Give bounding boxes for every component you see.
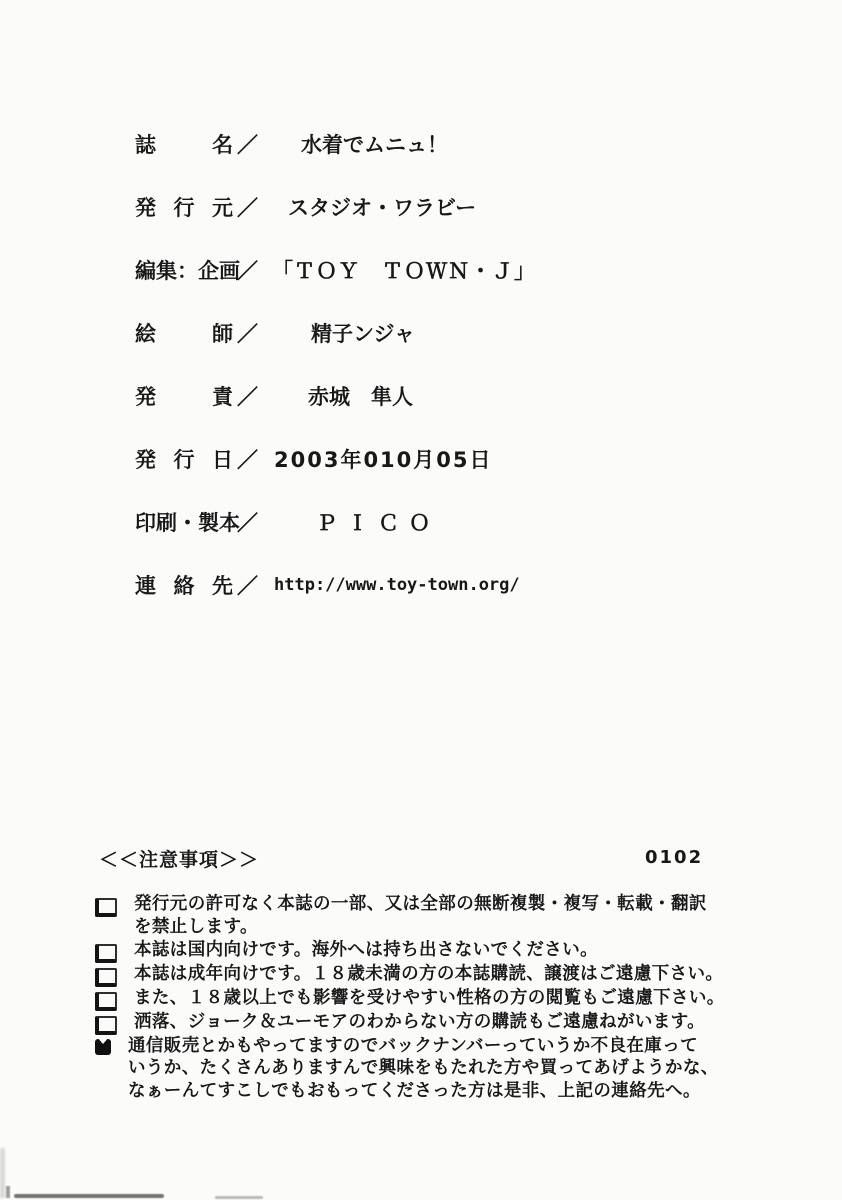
notice-line: 発行元の許可なく本誌の一部、又は全部の無断複製・複写・転載・翻訳 <box>134 893 707 916</box>
colophon-block: 誌名 ／ 水着でムニュ！ 発行元 ／ スタジオ・ワラビー 編集：企画 ／ 「ＴＯ… <box>135 112 536 616</box>
colophon-row-value: ＰＩＣＯ <box>316 507 440 537</box>
colophon-row-label: 発行日 <box>135 444 233 474</box>
colophon-row-value: 赤城 隼人 <box>308 381 413 411</box>
notice-item: 通信販売とかもやってますのでバックナンバーっていうか不良在庫って いうか、たくさ… <box>95 1035 755 1103</box>
colophon-row: 発行元 ／ スタジオ・ワラビー <box>135 175 536 238</box>
scanned-colophon-page: 誌名 ／ 水着でムニュ！ 発行元 ／ スタジオ・ワラビー 編集：企画 ／ 「ＴＯ… <box>0 0 842 1200</box>
scan-smudge <box>14 1194 164 1198</box>
notice-text: 本誌は国内向けです。海外へは持ち出さないでください。 <box>134 939 598 962</box>
colophon-row: 絵師 ／ 精子ンジャ <box>135 301 536 364</box>
open-box-icon <box>95 968 117 987</box>
notice-text: 本誌は成年向けです。１８歳未満の方の本誌購読、譲渡はご遠慮下さい。 <box>134 963 723 986</box>
colophon-row-value: スタジオ・ワラビー <box>288 192 476 222</box>
notice-item: 本誌は国内向けです。海外へは持ち出さないでください。 <box>95 939 755 963</box>
notice-item: 発行元の許可なく本誌の一部、又は全部の無断複製・複写・転載・翻訳 を禁止します。 <box>95 893 755 939</box>
colophon-row: 印刷・製本 ／ ＰＩＣＯ <box>135 490 536 553</box>
notice-item: 本誌は成年向けです。１８歳未満の方の本誌購読、譲渡はご遠慮下さい。 <box>95 963 755 987</box>
colophon-row-value: 「ＴＯＹ ＴＯＷＮ・Ｊ」 <box>272 255 536 285</box>
notice-line: また、１８歳以上でも影響を受けやすい性格の方の閲覧もご遠慮下さい。 <box>134 987 725 1010</box>
slash-separator: ／ <box>237 255 258 285</box>
colophon-row: 発責 ／ 赤城 隼人 <box>135 364 536 427</box>
slash-separator: ／ <box>237 192 258 222</box>
notice-line: を禁止します。 <box>134 916 707 939</box>
notice-line: いうか、たくさんありますんで興味をもたれた方や買ってあげようかな、 <box>128 1057 719 1080</box>
colophon-row: 編集：企画 ／ 「ＴＯＹ ＴＯＷＮ・Ｊ」 <box>135 238 536 301</box>
colophon-row-value: 精子ンジャ <box>311 318 415 348</box>
open-box-icon <box>95 992 117 1011</box>
colophon-row-label: 絵師 <box>135 318 233 348</box>
colophon-row: 連絡先 ／ http://www.toy-town.org/ <box>135 553 536 616</box>
notice-text: また、１８歳以上でも影響を受けやすい性格の方の閲覧もご遠慮下さい。 <box>134 987 725 1010</box>
colophon-row: 誌名 ／ 水着でムニュ！ <box>135 112 536 175</box>
notice-line: 通信販売とかもやってますのでバックナンバーっていうか不良在庫って <box>128 1035 719 1058</box>
colophon-row-label: 編集：企画 <box>135 255 233 285</box>
colophon-row-value: 水着でムニュ！ <box>301 129 448 159</box>
open-box-icon <box>95 898 117 917</box>
colophon-row-label: 発責 <box>135 381 233 411</box>
slash-separator: ／ <box>237 570 258 600</box>
notice-item: また、１８歳以上でも影響を受けやすい性格の方の閲覧もご遠慮下さい。 <box>95 987 755 1011</box>
colophon-row-value: 2003年010月05日 <box>274 444 493 474</box>
slash-separator: ／ <box>237 381 258 411</box>
open-box-icon <box>95 944 117 963</box>
notes-section-title: ＜＜注意事項＞＞ <box>99 845 259 872</box>
scan-smudge <box>215 1196 263 1199</box>
notice-line: 本誌は成年向けです。１８歳未満の方の本誌購読、譲渡はご遠慮下さい。 <box>134 963 723 986</box>
colophon-row-label: 印刷・製本 <box>135 507 233 537</box>
notice-item: 洒落、ジョーク＆ユーモアのわからない方の購読もご遠慮ねがいます。 <box>95 1011 755 1035</box>
colophon-row-label: 連絡先 <box>135 570 233 600</box>
notices-list: 発行元の許可なく本誌の一部、又は全部の無断複製・複写・転載・翻訳 を禁止します。… <box>95 893 755 1103</box>
slash-separator: ／ <box>237 507 258 537</box>
notice-text: 洒落、ジョーク＆ユーモアのわからない方の購読もご遠慮ねがいます。 <box>134 1011 705 1034</box>
slash-separator: ／ <box>237 318 258 348</box>
notice-text: 発行元の許可なく本誌の一部、又は全部の無断複製・複写・転載・翻訳 を禁止します。 <box>134 893 707 939</box>
slash-separator: ／ <box>237 444 258 474</box>
open-box-icon <box>95 1016 117 1035</box>
scan-smudge <box>0 1148 5 1198</box>
scan-smudge <box>6 1186 10 1198</box>
contact-url: http://www.toy-town.org/ <box>274 575 520 595</box>
notice-text: 通信販売とかもやってますのでバックナンバーっていうか不良在庫って いうか、たくさ… <box>128 1035 719 1103</box>
slash-separator: ／ <box>237 129 258 159</box>
notice-line: 本誌は国内向けです。海外へは持ち出さないでください。 <box>134 939 598 962</box>
notice-line: 洒落、ジョーク＆ユーモアのわからない方の購読もご遠慮ねがいます。 <box>134 1011 705 1034</box>
colophon-row: 発行日 ／ 2003年010月05日 <box>135 427 536 490</box>
colophon-row-label: 誌名 <box>135 129 233 159</box>
notice-line: なぁーんてすこしでもおもってくださった方は是非、上記の連絡先へ。 <box>128 1080 719 1103</box>
page-number: 0102 <box>645 847 703 868</box>
colophon-row-label: 発行元 <box>135 192 233 222</box>
filled-box-icon <box>95 1039 111 1055</box>
